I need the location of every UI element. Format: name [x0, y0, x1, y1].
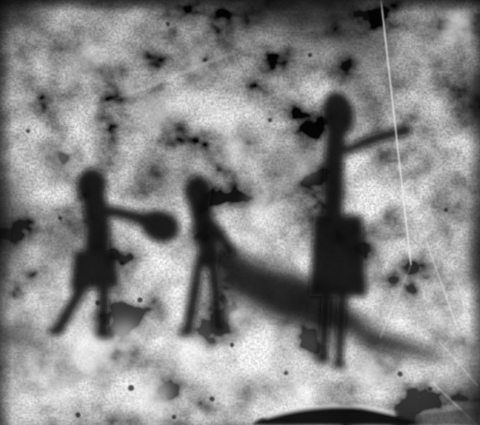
damage-speck	[444, 208, 448, 212]
left-child-leg	[102, 290, 104, 331]
highlight-blob	[72, 42, 104, 74]
damage-speck	[138, 298, 143, 303]
damage-speck	[308, 53, 312, 57]
left-child-foot	[95, 330, 113, 339]
woman-foot	[332, 361, 346, 369]
damage-speck	[166, 22, 170, 26]
woman-foot	[315, 355, 329, 363]
highlight-blob	[221, 132, 253, 164]
middle-child-foot	[178, 328, 194, 336]
woman-skirt	[309, 214, 367, 297]
highlight-blob	[50, 146, 74, 170]
damage-speck	[96, 301, 101, 306]
highlight-blob	[291, 156, 315, 180]
woman-torso	[333, 135, 336, 214]
highlight-blob	[111, 321, 139, 349]
highlight-blob	[248, 191, 276, 219]
damage-speck	[58, 216, 62, 220]
highlight-blob	[215, 110, 235, 130]
highlight-blob	[355, 360, 385, 390]
woman-leg	[339, 297, 342, 362]
highlight-blob	[44, 376, 72, 404]
highlight-blob	[208, 369, 236, 397]
damage-speck	[210, 397, 215, 402]
damage-speck	[268, 118, 272, 122]
middle-child-foot	[212, 324, 228, 332]
vintage-photograph	[0, 0, 480, 425]
highlight-blob	[142, 94, 178, 130]
damage-speck	[76, 413, 81, 418]
damage-speck	[398, 372, 403, 377]
highlight-blob	[23, 358, 47, 382]
vignette-bottom	[0, 417, 480, 425]
vignette-top	[0, 0, 480, 12]
highlight-blob	[226, 301, 248, 323]
shadow-beside-head	[353, 96, 381, 128]
damage-speck	[428, 387, 432, 391]
damage-speck	[250, 84, 254, 88]
photo-canvas	[0, 0, 480, 425]
highlight-blob	[289, 379, 315, 405]
damage-speck	[230, 343, 234, 347]
damage-speck	[128, 385, 134, 391]
vignette-left	[0, 0, 12, 425]
highlight-blob	[174, 339, 206, 371]
highlight-blob	[132, 377, 172, 417]
vignette-right	[468, 0, 480, 425]
highlight-blob	[240, 227, 262, 249]
middle-child-leg	[212, 260, 218, 326]
highlight-blob	[419, 48, 437, 66]
left-child-shorts	[70, 250, 120, 290]
stain-above-woman	[317, 30, 407, 74]
woman-leg	[323, 297, 326, 357]
damage-speck	[120, 261, 124, 265]
left-child-foot	[47, 327, 65, 336]
damage-speck	[26, 129, 30, 133]
damage-speck	[284, 371, 288, 375]
woman-hand	[401, 125, 412, 136]
highlight-blob	[440, 12, 470, 42]
